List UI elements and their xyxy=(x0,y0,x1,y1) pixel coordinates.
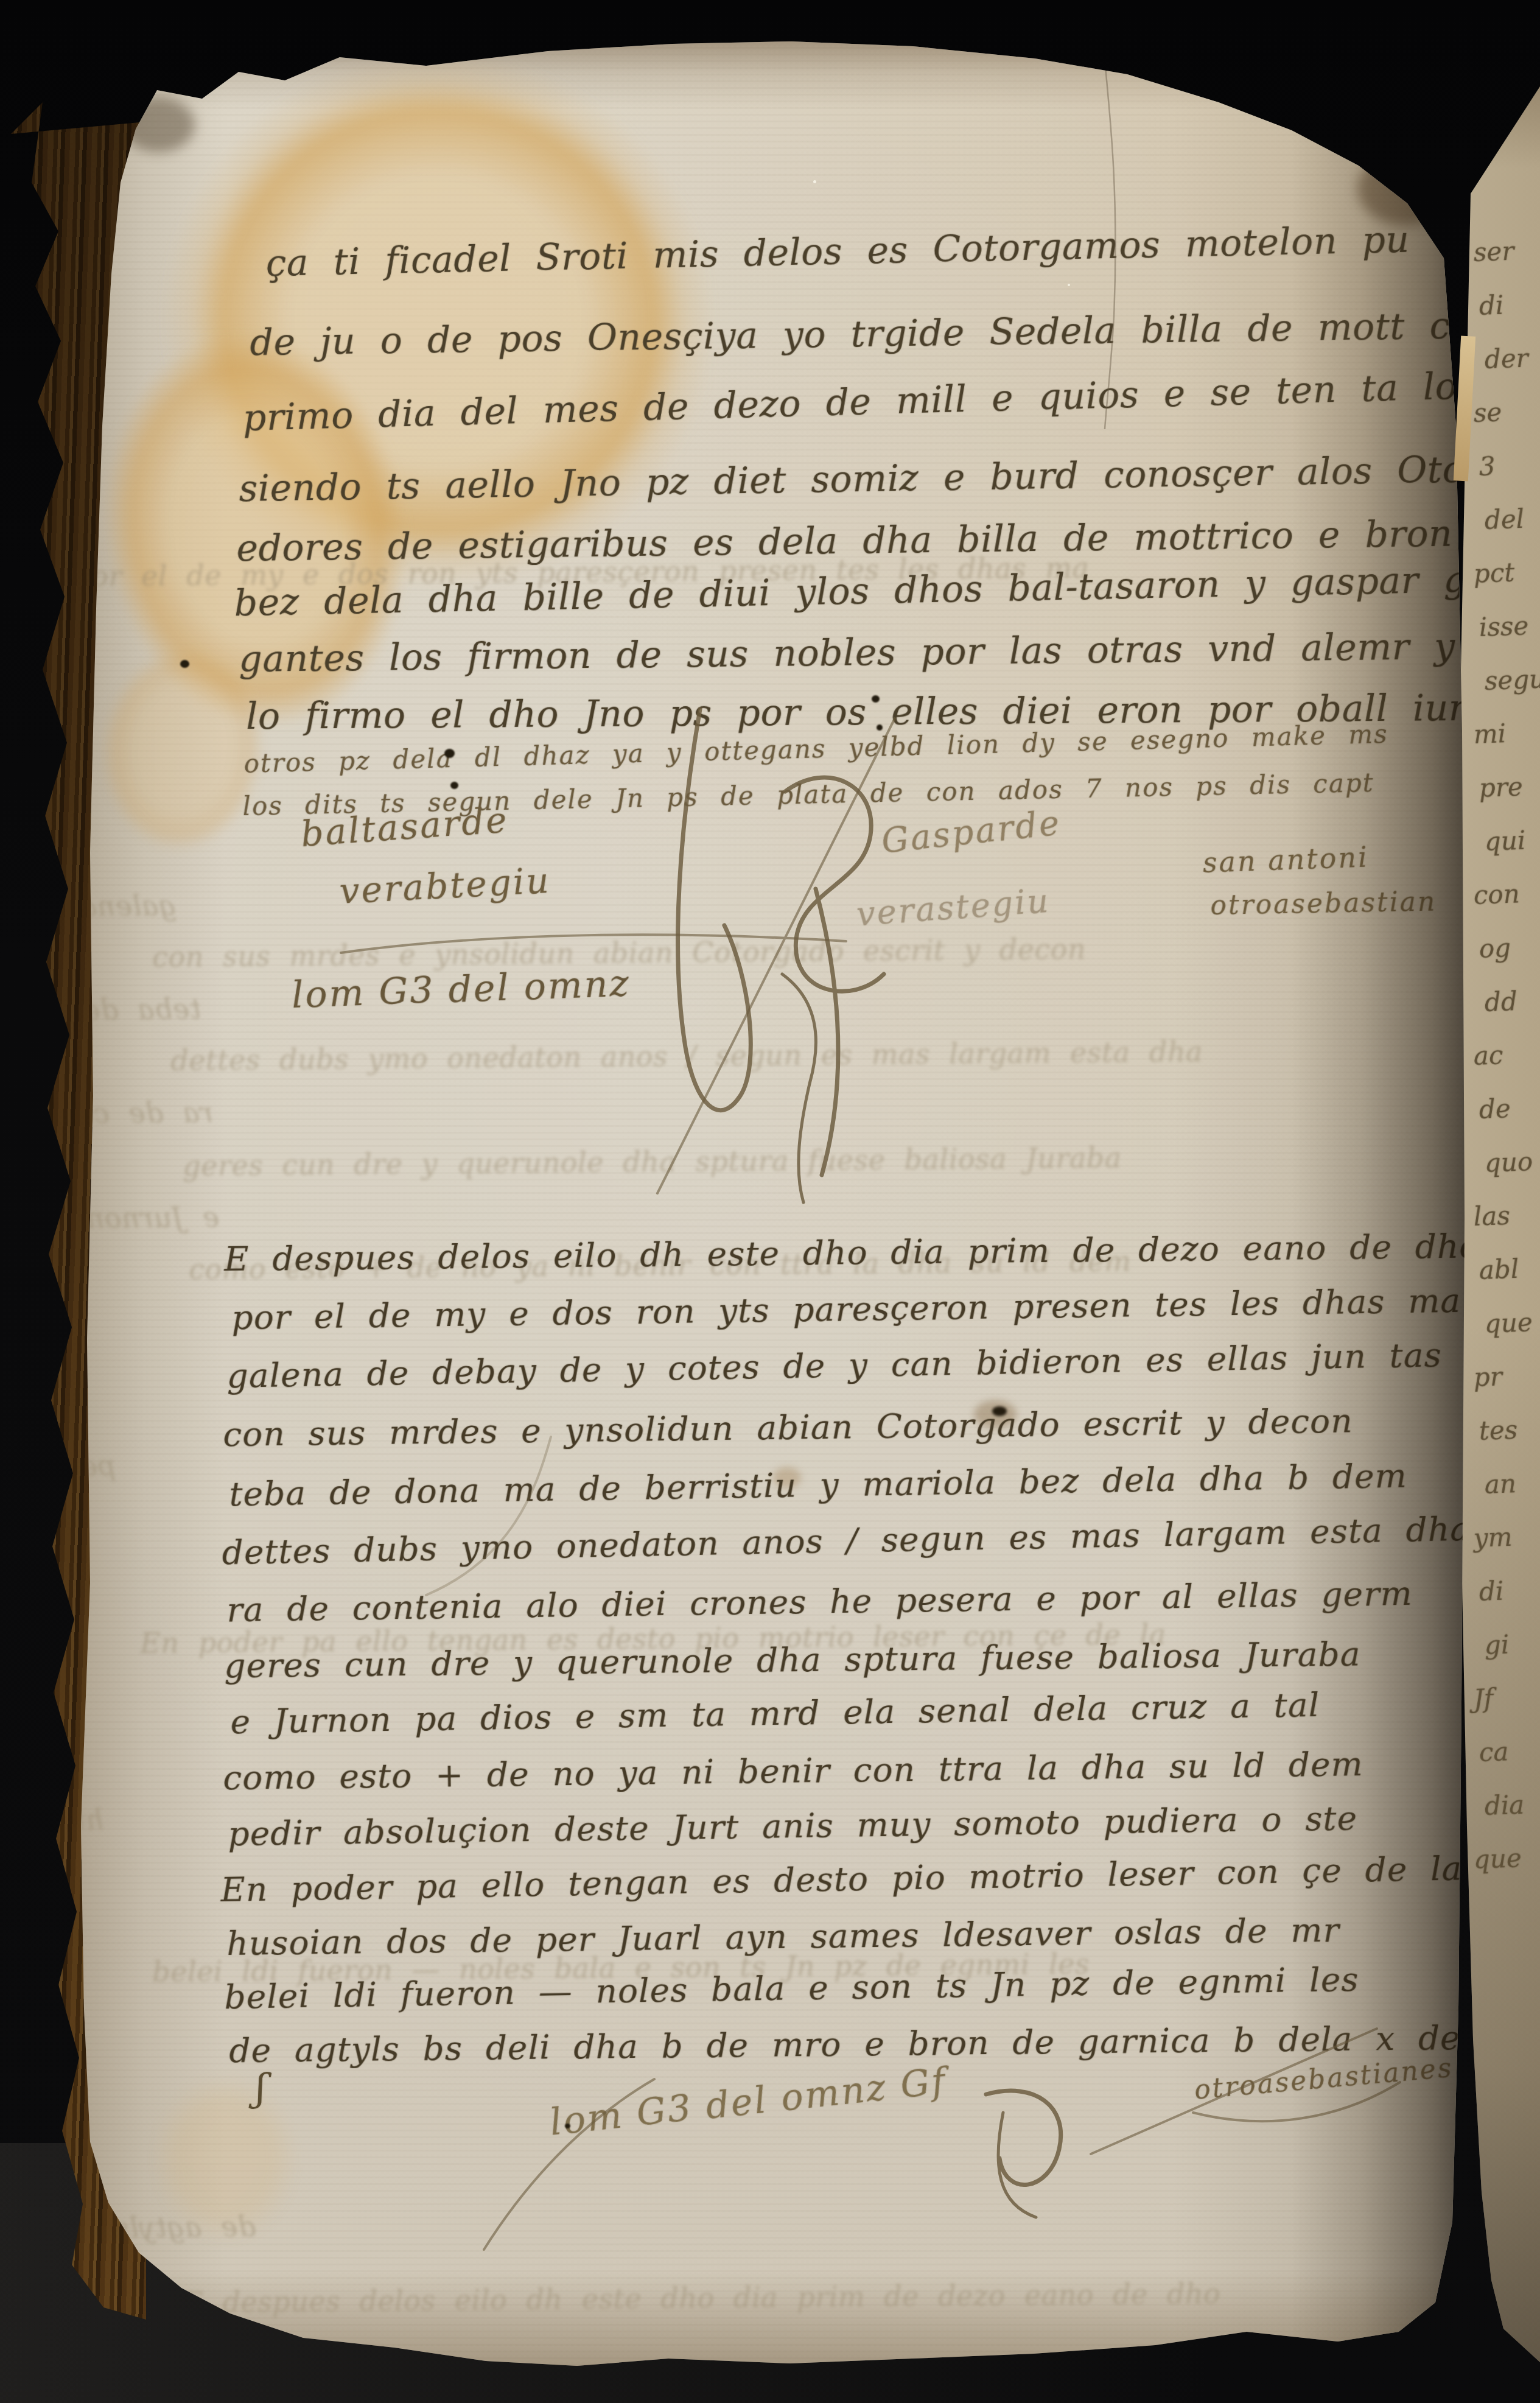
ink-blot xyxy=(444,749,455,758)
manuscript-line: teba de dona ma de berristiu y mariola b… xyxy=(229,1456,1407,1514)
manuscript-line: gantes los firmon de sus nobles por las … xyxy=(239,625,1455,681)
facing-page-text-fragment: las xyxy=(1473,1201,1511,1232)
facing-page-text-fragment: isse xyxy=(1479,611,1529,642)
facing-page-text-fragment: di xyxy=(1479,290,1504,321)
facing-page-text-fragment: dd xyxy=(1484,986,1517,1017)
ink-blot xyxy=(992,1406,1007,1416)
bleedthrough-line: dettes dubs ymo onedaton anos / segun es… xyxy=(170,1035,1203,1077)
ink-blot xyxy=(450,782,458,789)
manuscript-line: ra de contenia alo diei crones he pesera… xyxy=(226,1574,1413,1629)
signature-gaspar-line1: Gasparde xyxy=(880,803,1063,861)
manuscript-line: por el de my e dos ron yts paresçeron pr… xyxy=(231,1281,1461,1337)
corner-blotch xyxy=(1357,152,1455,225)
facing-page-text-fragment: que xyxy=(1473,1843,1522,1875)
manuscript-line: como esto + de no ya ni benir con ttra l… xyxy=(223,1744,1363,1797)
signature-notary-bottom: lom G3 del omnz Gf xyxy=(548,2060,949,2144)
ink-blot xyxy=(180,660,189,668)
manuscript-line: pedir absoluçion deste Jurt anis muy som… xyxy=(228,1798,1357,1853)
facing-page-text-fragment: pre xyxy=(1479,771,1523,802)
manuscript-line: galena de debay de y cotes de y can bidi… xyxy=(226,1335,1442,1395)
facing-page-text-fragment: mi xyxy=(1473,718,1507,749)
facing-page-text-fragment: ym xyxy=(1473,1522,1513,1553)
manuscript-line: con sus mrdes e ynsolidun abian Cotorgad… xyxy=(223,1401,1353,1454)
manuscript-line: En poder pa ello tengan es desto pio mot… xyxy=(220,1848,1463,1909)
facing-page-text-fragment: pr xyxy=(1473,1361,1503,1392)
manuscript-line: E despues delos eilo dh este dho dia pri… xyxy=(224,1226,1480,1279)
facing-page-text-fragment: abl xyxy=(1479,1254,1519,1285)
facing-page-text-fragment: quo xyxy=(1484,1146,1533,1178)
facing-page-text-fragment: tes xyxy=(1479,1415,1518,1446)
manuscript-line: e Jurnon pa dios e sm ta mrd ela senal d… xyxy=(230,1685,1320,1741)
dust-speck xyxy=(813,180,816,183)
ink-blot xyxy=(877,724,883,731)
facing-page-text-fragment: ca xyxy=(1479,1736,1509,1767)
manuscript-line: husoian dos de per Juarl ayn sames ldesa… xyxy=(226,1910,1340,1963)
facing-page-text-fragment: an xyxy=(1484,1468,1517,1500)
signature-baltasar-line2: verabtegiu xyxy=(338,860,551,912)
facing-page-rule xyxy=(0,0,80,4)
facing-page-text-fragment: gi xyxy=(1484,1630,1510,1660)
facing-page-text-fragment: que xyxy=(1484,1307,1533,1339)
bleedthrough-line: geres cun dre y querunole dha sptura fue… xyxy=(183,1142,1122,1182)
dust-speck xyxy=(1068,284,1070,286)
facing-page-text-fragment: ac xyxy=(1473,1040,1503,1071)
manuscript-line: de agtyls bs deli dha b de mro e bron de… xyxy=(229,2018,1515,2070)
manuscript-line: dettes dubs ymo onedaton anos / segun es… xyxy=(222,1509,1471,1572)
facing-page-text-fragment: der xyxy=(1484,343,1528,374)
facing-page-text-fragment: con xyxy=(1473,879,1521,910)
facing-page-text-fragment: ser xyxy=(1473,236,1514,267)
signature-witness-bottom: otroasebastianes xyxy=(1193,2052,1454,2106)
ink-blot xyxy=(872,695,880,703)
facing-page-text-fragment: de xyxy=(1479,1093,1511,1124)
manuscript-photograph: serdiderse3delpctissesegumiprequiconogdd… xyxy=(0,0,1540,2403)
facing-page-text-fragment: pct xyxy=(1473,558,1515,589)
ink-blot xyxy=(565,2124,570,2128)
facing-page-text-fragment: dia xyxy=(1484,1790,1525,1821)
facing-page-text-fragment: se xyxy=(1473,397,1502,428)
facing-page-text-fragment: di xyxy=(1479,1576,1504,1607)
facing-page-text-fragment: segu xyxy=(1484,664,1540,695)
signature-witness-line1: san antoni xyxy=(1202,840,1370,879)
facing-page-text-fragment: Jf xyxy=(1473,1683,1494,1714)
facing-page-text-fragment: qui xyxy=(1484,826,1526,857)
closing-mark: ʃ xyxy=(256,2065,268,2110)
manuscript-page: ça ti ficadel Sroti mis delos es Cotorga… xyxy=(0,0,1540,2403)
signature-witness-line2: otroasebastian xyxy=(1210,886,1437,921)
facing-page-text-fragment: og xyxy=(1479,933,1511,964)
facing-page-text-fragment: del xyxy=(1484,504,1525,535)
facing-page-text-fragment: 3 xyxy=(1479,451,1496,482)
signature-gaspar-line2: verastegiu xyxy=(855,882,1051,933)
